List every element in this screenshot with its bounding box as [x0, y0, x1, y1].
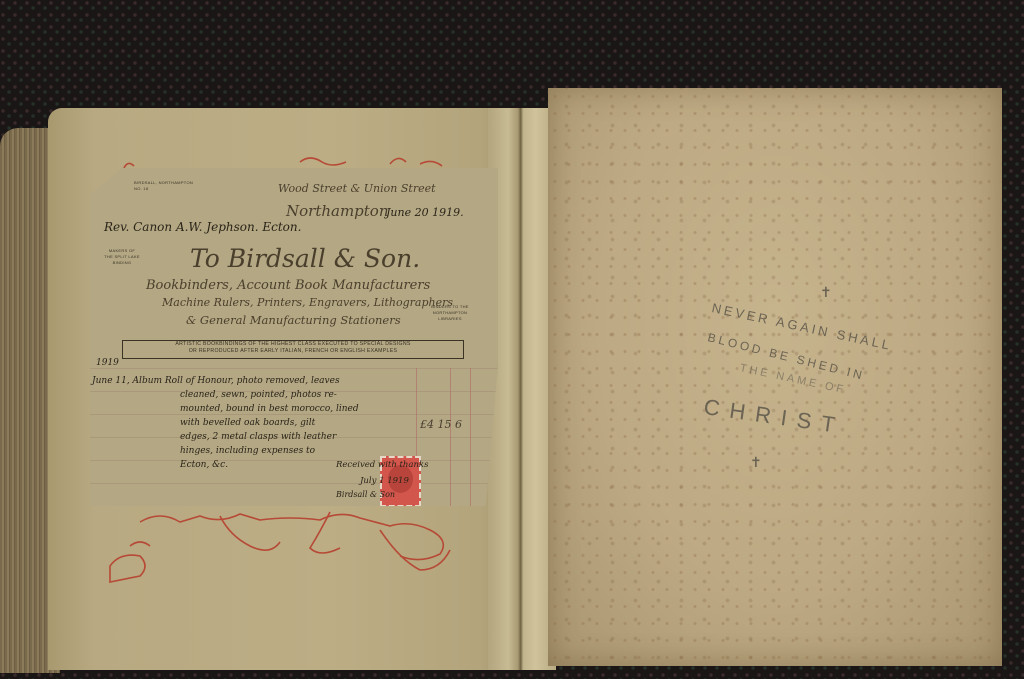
invoice-receipt: BIRDSALL, NORTHAMPTON NO. 18 Wood Street… [90, 168, 498, 506]
item-line: cleaned, sewn, pointed, photos re- [92, 388, 359, 402]
telegraph-address: BIRDSALL, NORTHAMPTON [134, 180, 193, 185]
cross-top-icon: ✝ [820, 284, 835, 301]
trade-line-3: & General Manufacturing Stationers [186, 313, 401, 327]
firm-name: To Birdsall & Son. [190, 244, 420, 273]
invoice-date: June 20 1919. [386, 206, 464, 219]
column-rule [450, 368, 451, 506]
banner-line-2: OR REPRODUCED AFTER EARLY ITALIAN, FRENC… [123, 348, 463, 355]
left-sidebar-note: MAKERS OF THE SPLIT LAKE BINDING [104, 248, 140, 266]
item-line: hinges, including expenses to [92, 444, 359, 458]
telephone-number: NO. 18 [134, 186, 148, 191]
invoice-year: 1919 [96, 358, 119, 368]
item-line: mounted, bound in best morocco, lined [92, 402, 359, 416]
banner-box: ARTISTIC BOOKBINDINGS OF THE HIGHEST CLA… [122, 340, 464, 359]
item-line: edges, 2 metal clasps with leather [92, 430, 359, 444]
book-gutter [488, 108, 556, 670]
receipt-line-3: Birdsall & Son [336, 490, 395, 499]
trade-line-2: Machine Rulers, Printers, Engravers, Lit… [162, 296, 453, 309]
address-line-2: Northampton [286, 202, 389, 220]
item-description: June 11, Album Roll of Honour, photo rem… [92, 374, 359, 472]
invoice-amount: £4 15 6 [420, 418, 462, 431]
item-line: Ecton, &c. [92, 458, 359, 472]
customer-name: Rev. Canon A.W. Jephson. Ecton. [104, 220, 301, 234]
column-rule [470, 368, 471, 506]
item-line: June 11, Album Roll of Honour, photo rem… [92, 374, 359, 388]
address-line-1: Wood Street & Union Street [278, 182, 436, 195]
receipt-line-1: Received with thanks [336, 460, 428, 470]
item-line: with bevelled oak boards, gilt [92, 416, 359, 430]
trade-line-1: Bookbinders, Account Book Manufacturers [146, 278, 430, 293]
banner-line-1: ARTISTIC BOOKBINDINGS OF THE HIGHEST CLA… [123, 341, 463, 348]
receipt-line-2: July 1 1919 [360, 476, 409, 486]
cross-bottom-icon: ✝ [750, 454, 765, 471]
right-sidebar-note: BINDERS TO THE NORTHAMPTON LIBRARIES [428, 304, 472, 322]
